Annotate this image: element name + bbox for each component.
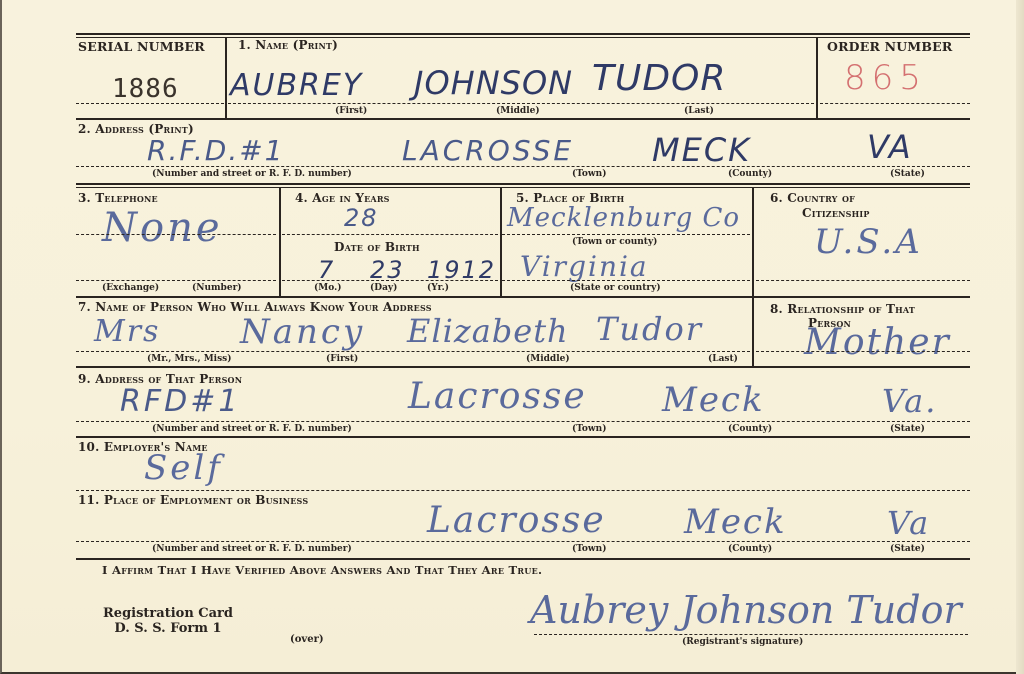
serial-line	[76, 103, 224, 104]
telephone-exchange-sub: (Exchange)	[102, 283, 159, 293]
contact-first-value: Nancy	[240, 312, 365, 352]
dob-day-sub: (Day)	[370, 283, 397, 293]
contact-address-street-value: RFD#1	[120, 384, 240, 419]
employment-town-sub: (Town)	[572, 544, 606, 554]
rule	[76, 296, 970, 298]
rule	[76, 558, 970, 560]
name-line	[228, 103, 814, 104]
rule	[76, 118, 970, 120]
divider	[752, 298, 754, 366]
rule	[76, 366, 970, 368]
address-town-value: LACROSSE	[402, 134, 574, 167]
age-line	[282, 234, 498, 235]
contact-address-town-value: Lacrosse	[408, 376, 587, 417]
signature-value: Aubrey Johnson Tudor	[530, 588, 962, 632]
contact-line	[76, 351, 750, 352]
employment-state-value: Va	[887, 504, 930, 542]
dob-label: Date of Birth	[334, 240, 420, 254]
citizenship-label-2: Citizenship	[802, 206, 870, 220]
contact-last-value: Tudor	[596, 310, 703, 348]
birthplace-state-sub: (State or country)	[570, 283, 661, 293]
dob-year-sub: (Yr.)	[427, 283, 449, 293]
divider	[752, 188, 754, 296]
signature-line	[534, 634, 968, 635]
registration-card: SERIAL NUMBER 1886 1. Name (Print) AUBRE…	[0, 0, 1024, 674]
relationship-value: Mother	[804, 322, 951, 363]
citizenship-label-1: 6. Country of	[770, 191, 855, 205]
affirmation-text: I Affirm That I Have Verified Above Answ…	[102, 563, 542, 577]
name-last-value: TUDOR	[592, 58, 726, 99]
divider	[225, 38, 227, 118]
signature-sub: (Registrant's signature)	[682, 637, 803, 647]
divider	[816, 38, 818, 118]
telephone-label: 3. Telephone	[78, 191, 158, 205]
employment-county-value: Meck	[684, 502, 787, 542]
address-state-value: VA	[867, 128, 913, 166]
address-street-sub: (Number and street or R. F. D. number)	[152, 169, 352, 179]
address-county-sub: (County)	[728, 169, 772, 179]
name-last-sub: (Last)	[684, 106, 714, 116]
contact-middle-sub: (Middle)	[526, 354, 570, 364]
contact-title-value: Mrs	[94, 314, 160, 349]
contact-address-street-sub: (Number and street or R. F. D. number)	[152, 424, 352, 434]
birthplace-town-sub: (Town or county)	[572, 237, 657, 247]
address-line	[76, 166, 970, 167]
rule	[76, 436, 970, 438]
birthplace-town-value: Mecklenburg Co	[507, 203, 740, 233]
employment-town-value: Lacrosse	[427, 500, 606, 541]
address-street-value: R.F.D.#1	[147, 134, 285, 167]
age-label: 4. Age in Years	[295, 191, 390, 205]
dob-line	[282, 280, 498, 281]
address-state-sub: (State)	[890, 169, 925, 179]
card-form: D. S. S. Form 1	[78, 621, 258, 636]
name-middle-value: JOHNSON	[414, 64, 573, 102]
serial-number-value: 1886	[112, 74, 179, 104]
over-note: (over)	[290, 634, 324, 645]
telephone-number-sub: (Number)	[192, 283, 242, 293]
name-first-sub: (First)	[335, 106, 367, 116]
name-middle-sub: (Middle)	[496, 106, 540, 116]
serial-number-label: SERIAL NUMBER	[78, 39, 205, 54]
telephone-line	[76, 234, 276, 235]
contact-address-county-sub: (County)	[728, 424, 772, 434]
card-title: Registration Card	[78, 606, 258, 621]
contact-last-sub: (Last)	[708, 354, 738, 364]
birthplace-state-value: Virginia	[520, 250, 649, 283]
order-number-value: 865	[844, 58, 927, 98]
employer-line	[76, 490, 970, 491]
relationship-line	[756, 351, 970, 352]
telephone-value: None	[102, 205, 223, 251]
contact-address-line	[76, 421, 970, 422]
contact-address-state-value: Va.	[882, 382, 937, 420]
card-edge	[1016, 0, 1024, 674]
address-county-value: MECK	[652, 131, 751, 169]
birthplace-town-line	[502, 234, 750, 235]
relationship-label-1: 8. Relationship of That	[770, 302, 915, 316]
employment-state-sub: (State)	[890, 544, 925, 554]
contact-first-sub: (First)	[326, 354, 358, 364]
top-rule	[76, 33, 970, 38]
contact-address-state-sub: (State)	[890, 424, 925, 434]
address-town-sub: (Town)	[572, 169, 606, 179]
telephone-line-2	[76, 280, 276, 281]
rule	[76, 183, 970, 188]
age-value: 28	[344, 204, 379, 232]
order-number-label: ORDER NUMBER	[827, 39, 952, 54]
employment-street-sub: (Number and street or R. F. D. number)	[152, 544, 352, 554]
citizenship-value: U.S.A	[814, 222, 923, 262]
employment-place-label: 11. Place of Employment or Business	[78, 493, 308, 507]
employer-value: Self	[144, 448, 223, 488]
contact-title-sub: (Mr., Mrs., Miss)	[147, 354, 231, 364]
contact-address-town-sub: (Town)	[572, 424, 606, 434]
contact-address-county-value: Meck	[662, 380, 765, 420]
citizenship-line	[756, 280, 970, 281]
divider	[279, 188, 281, 296]
name-first-value: AUBREY	[230, 68, 363, 103]
dob-month-sub: (Mo.)	[314, 283, 341, 293]
order-line	[820, 103, 970, 104]
employment-county-sub: (County)	[728, 544, 772, 554]
registration-card-title: Registration Card D. S. S. Form 1	[78, 606, 258, 636]
birthplace-state-line	[502, 280, 750, 281]
employment-line	[76, 541, 970, 542]
contact-middle-value: Elizabeth	[407, 312, 569, 350]
name-label: 1. Name (Print)	[238, 38, 338, 52]
